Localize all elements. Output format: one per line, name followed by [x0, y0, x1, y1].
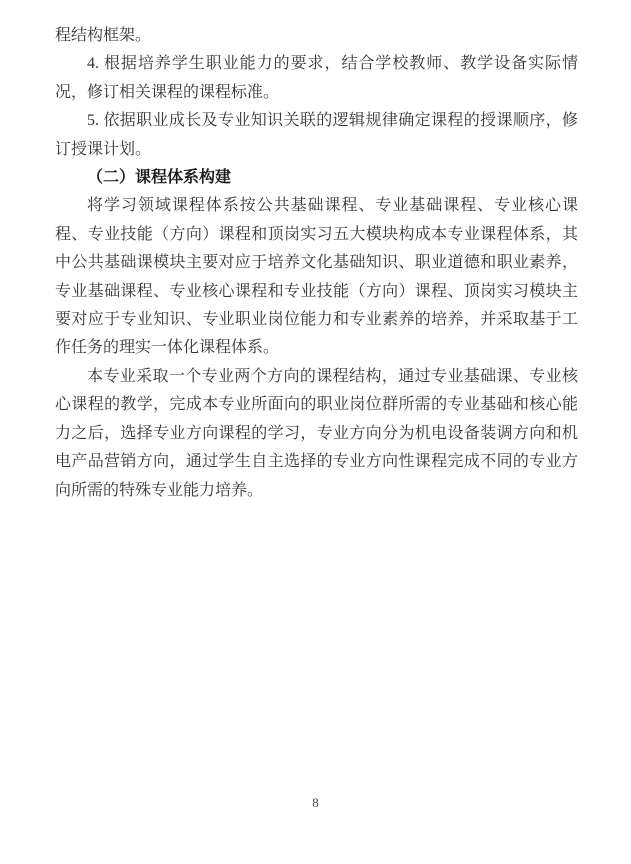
paragraph-item-4: 4. 根据培养学生职业能力的要求，结合学校教师、教学设备实际情况，修订相关课程的… [55, 50, 578, 107]
paragraph-course-system-modules: 将学习领域课程体系按公共基础课程、专业基础课程、专业核心课程、专业技能（方向）课… [55, 192, 578, 362]
paragraph-continuation: 程结构框架。 [55, 22, 578, 50]
section-heading-curriculum-system: （二）课程体系构建 [55, 164, 578, 192]
document-page: 程结构框架。 4. 根据培养学生职业能力的要求，结合学校教师、教学设备实际情况，… [0, 0, 631, 864]
paragraph-item-5: 5. 依据职业成长及专业知识关联的逻辑规律确定课程的授课顺序，修订授课计划。 [55, 107, 578, 164]
paragraph-two-directions: 本专业采取一个专业两个方向的课程结构，通过专业基础课、专业核心课程的教学，完成本… [55, 363, 578, 505]
page-number: 8 [0, 794, 631, 812]
page-content: 程结构框架。 4. 根据培养学生职业能力的要求，结合学校教师、教学设备实际情况，… [55, 22, 578, 505]
